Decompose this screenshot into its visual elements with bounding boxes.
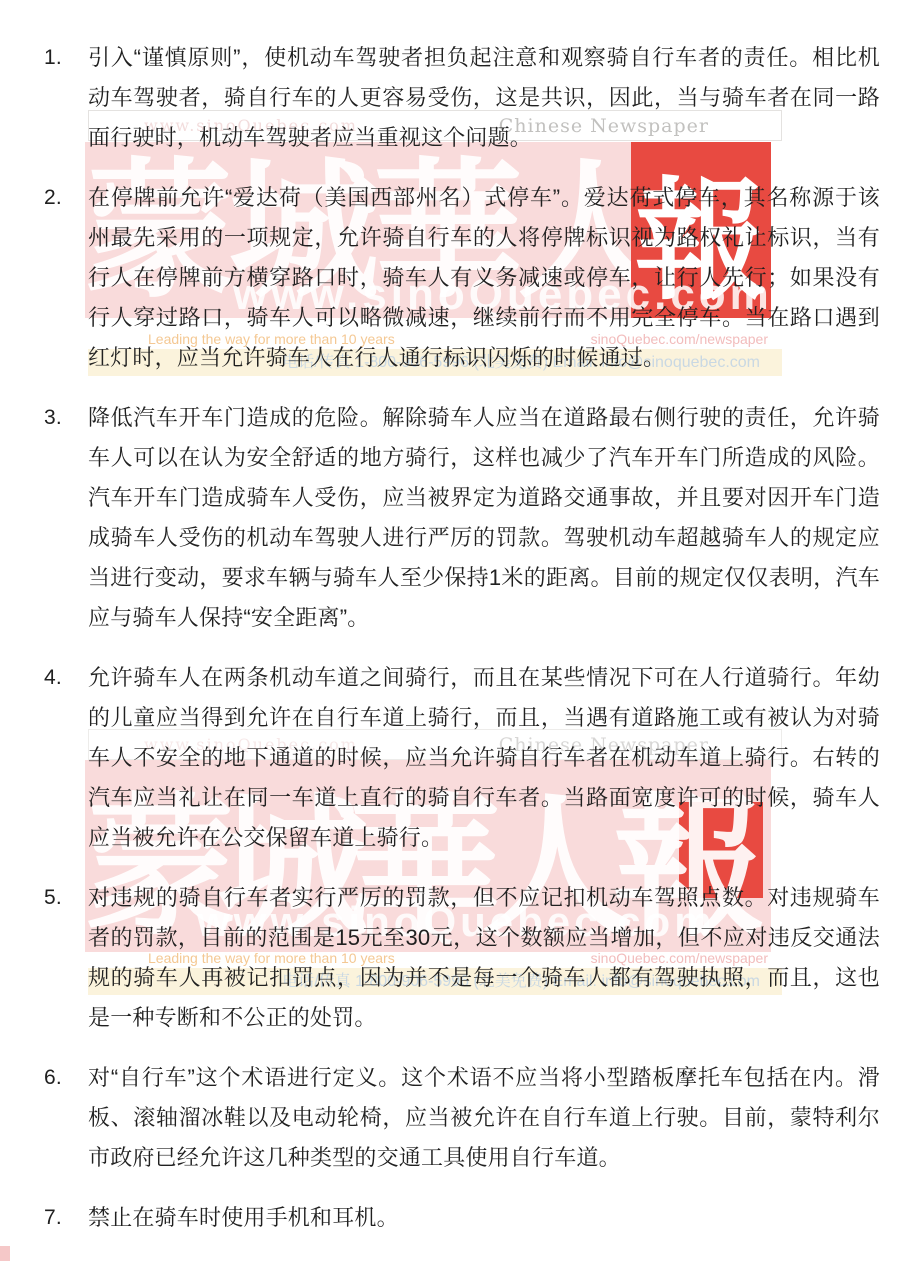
- list-item: 3. 降低汽车开车门造成的危险。解除骑车人应当在道路最右侧行驶的责任，允许骑车人…: [44, 398, 880, 638]
- item-text: 禁止在骑车时使用手机和耳机。: [88, 1205, 399, 1230]
- item-number: 3.: [44, 398, 62, 438]
- document-page: www.sinoQuebec.com Chinese Newspaper 報 蒙…: [0, 0, 912, 1261]
- list-item: 4. 允许骑车人在两条机动车道之间骑行，而且在某些情况下可在人行道骑行。年幼的儿…: [44, 658, 880, 858]
- list-item: 1. 引入“谨慎原则”，使机动车驾驶者担负起注意和观察骑自行车者的责任。相比机动…: [44, 38, 880, 158]
- item-text: 降低汽车开车门造成的危险。解除骑车人应当在道路最右侧行驶的责任，允许骑车人可以在…: [88, 405, 880, 630]
- item-number: 4.: [44, 658, 62, 698]
- item-number: 5.: [44, 878, 62, 918]
- list-item: 5. 对违规的骑自行车者实行严厉的罚款，但不应记扣机动车驾照点数。对违规骑车者的…: [44, 878, 880, 1038]
- item-number: 6.: [44, 1058, 62, 1098]
- item-text: 对违规的骑自行车者实行严厉的罚款，但不应记扣机动车驾照点数。对违规骑车者的罚款，…: [88, 885, 880, 1030]
- item-text: 引入“谨慎原则”，使机动车驾驶者担负起注意和观察骑自行车者的责任。相比机动车驾驶…: [88, 45, 880, 150]
- list-item: 7. 禁止在骑车时使用手机和耳机。: [44, 1198, 880, 1238]
- item-text: 在停牌前允许“爱达荷（美国西部州名）式停车”。爱达荷式停车，其名称源于该州最先采…: [88, 185, 880, 370]
- item-number: 1.: [44, 38, 62, 78]
- list-item: 6. 对“自行车”这个术语进行定义。这个术语不应当将小型踏板摩托车包括在内。滑板…: [44, 1058, 880, 1178]
- item-number: 2.: [44, 178, 62, 218]
- regulation-list: 1. 引入“谨慎原则”，使机动车驾驶者担负起注意和观察骑自行车者的责任。相比机动…: [0, 0, 912, 1238]
- list-item: 2. 在停牌前允许“爱达荷（美国西部州名）式停车”。爱达荷式停车，其名称源于该州…: [44, 178, 880, 378]
- corner-pink-fragment: [0, 1246, 10, 1261]
- item-text: 允许骑车人在两条机动车道之间骑行，而且在某些情况下可在人行道骑行。年幼的儿童应当…: [88, 665, 880, 850]
- item-text: 对“自行车”这个术语进行定义。这个术语不应当将小型踏板摩托车包括在内。滑板、滚轴…: [88, 1065, 880, 1170]
- item-number: 7.: [44, 1198, 62, 1238]
